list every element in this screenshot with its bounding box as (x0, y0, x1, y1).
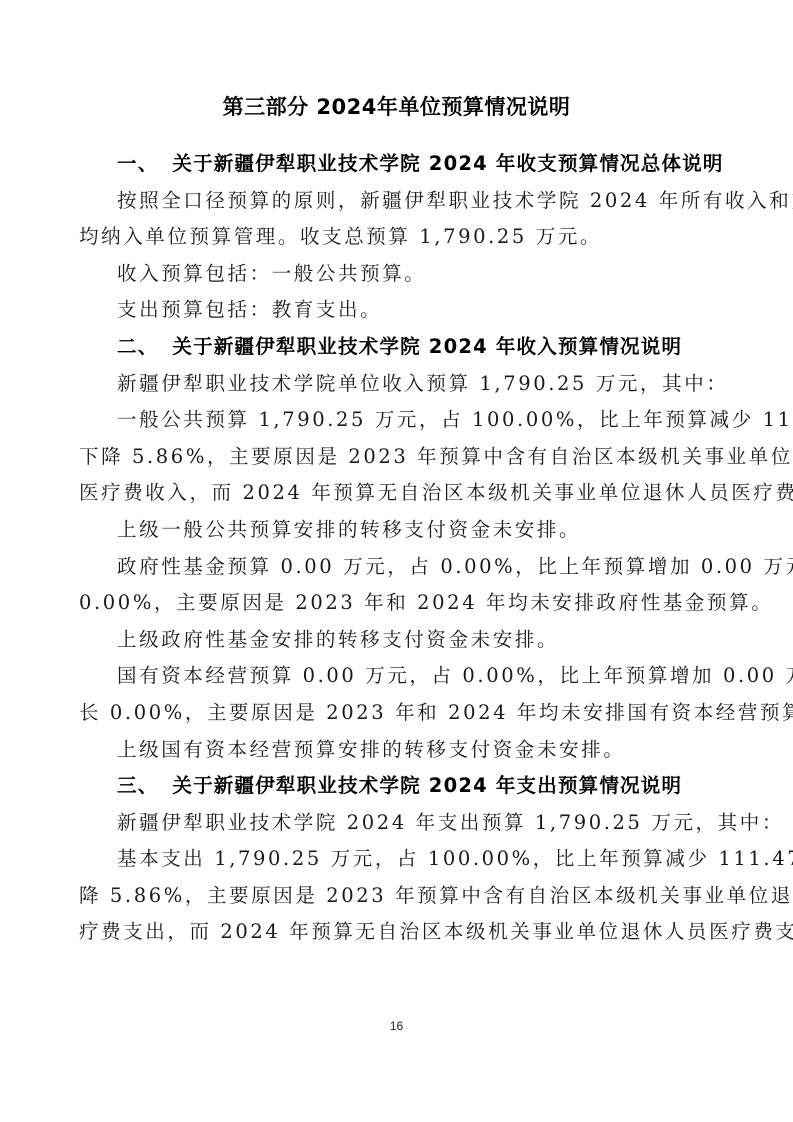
paragraph-line: 0.00%，主要原因是 2023 年和 2024 年均未安排政府性基金预算。 (79, 585, 715, 622)
section-heading-text: 关于新疆伊犁职业技术学院 2024 年收支预算情况总体说明 (172, 152, 723, 175)
paragraph-line: 上级政府性基金安排的转移支付资金未安排。 (79, 622, 715, 659)
page-title: 第三部分 2024年单位预算情况说明 (0, 92, 793, 122)
paragraph-line: 上级一般公共预算安排的转移支付资金未安排。 (79, 512, 715, 549)
paragraph-line: 上级国有资本经营预算安排的转移支付资金未安排。 (79, 732, 715, 769)
paragraph-line: 政府性基金预算 0.00 万元，占 0.00%，比上年预算增加 0.00 万元，… (79, 549, 715, 586)
paragraph-line: 国有资本经营预算 0.00 万元，占 0.00%，比上年预算增加 0.00 万元… (79, 658, 715, 695)
section-heading-text: 关于新疆伊犁职业技术学院 2024 年收入预算情况说明 (172, 335, 682, 358)
paragraph-line: 降 5.86%，主要原因是 2023 年预算中含有自治区本级机关事业单位退休人员… (79, 878, 715, 915)
paragraph-line: 新疆伊犁职业技术学院单位收入预算 1,790.25 万元，其中： (79, 366, 715, 403)
section-heading-text: 关于新疆伊犁职业技术学院 2024 年支出预算情况说明 (172, 774, 682, 797)
paragraph-line: 按照全口径预算的原则，新疆伊犁职业技术学院 2024 年所有收入和支出 (79, 183, 715, 220)
paragraph-line: 支出预算包括：教育支出。 (79, 292, 715, 329)
page-number: 16 (0, 1019, 793, 1033)
section-heading-2: 二、关于新疆伊犁职业技术学院 2024 年收入预算情况说明 (79, 329, 715, 366)
section-heading-1: 一、关于新疆伊犁职业技术学院 2024 年收支预算情况总体说明 (79, 146, 715, 183)
paragraph-line: 长 0.00%，主要原因是 2023 年和 2024 年均未安排国有资本经营预算… (79, 695, 715, 732)
section-number: 一、 (117, 152, 158, 175)
paragraph-line: 新疆伊犁职业技术学院 2024 年支出预算 1,790.25 万元，其中： (79, 805, 715, 842)
paragraph-line: 医疗费收入，而 2024 年预算无自治区本级机关事业单位退休人员医疗费收入。 (79, 475, 715, 512)
document-page: 第三部分 2024年单位预算情况说明 一、关于新疆伊犁职业技术学院 2024 年… (0, 0, 793, 1122)
document-body: 一、关于新疆伊犁职业技术学院 2024 年收支预算情况总体说明 按照全口径预算的… (79, 146, 715, 951)
section-heading-3: 三、关于新疆伊犁职业技术学院 2024 年支出预算情况说明 (79, 768, 715, 805)
paragraph-line: 基本支出 1,790.25 万元，占 100.00%，比上年预算减少 111.4… (79, 841, 715, 878)
paragraph-line: 一般公共预算 1,790.25 万元，占 100.00%，比上年预算减少 111… (79, 402, 715, 439)
paragraph-line: 收入预算包括：一般公共预算。 (79, 256, 715, 293)
paragraph-line: 下降 5.86%，主要原因是 2023 年预算中含有自治区本级机关事业单位退休人… (79, 439, 715, 476)
paragraph-line: 均纳入单位预算管理。收支总预算 1,790.25 万元。 (79, 219, 715, 256)
section-number: 二、 (117, 335, 158, 358)
paragraph-line: 疗费支出，而 2024 年预算无自治区本级机关事业单位退休人员医疗费支出。 (79, 914, 715, 951)
section-number: 三、 (117, 774, 158, 797)
